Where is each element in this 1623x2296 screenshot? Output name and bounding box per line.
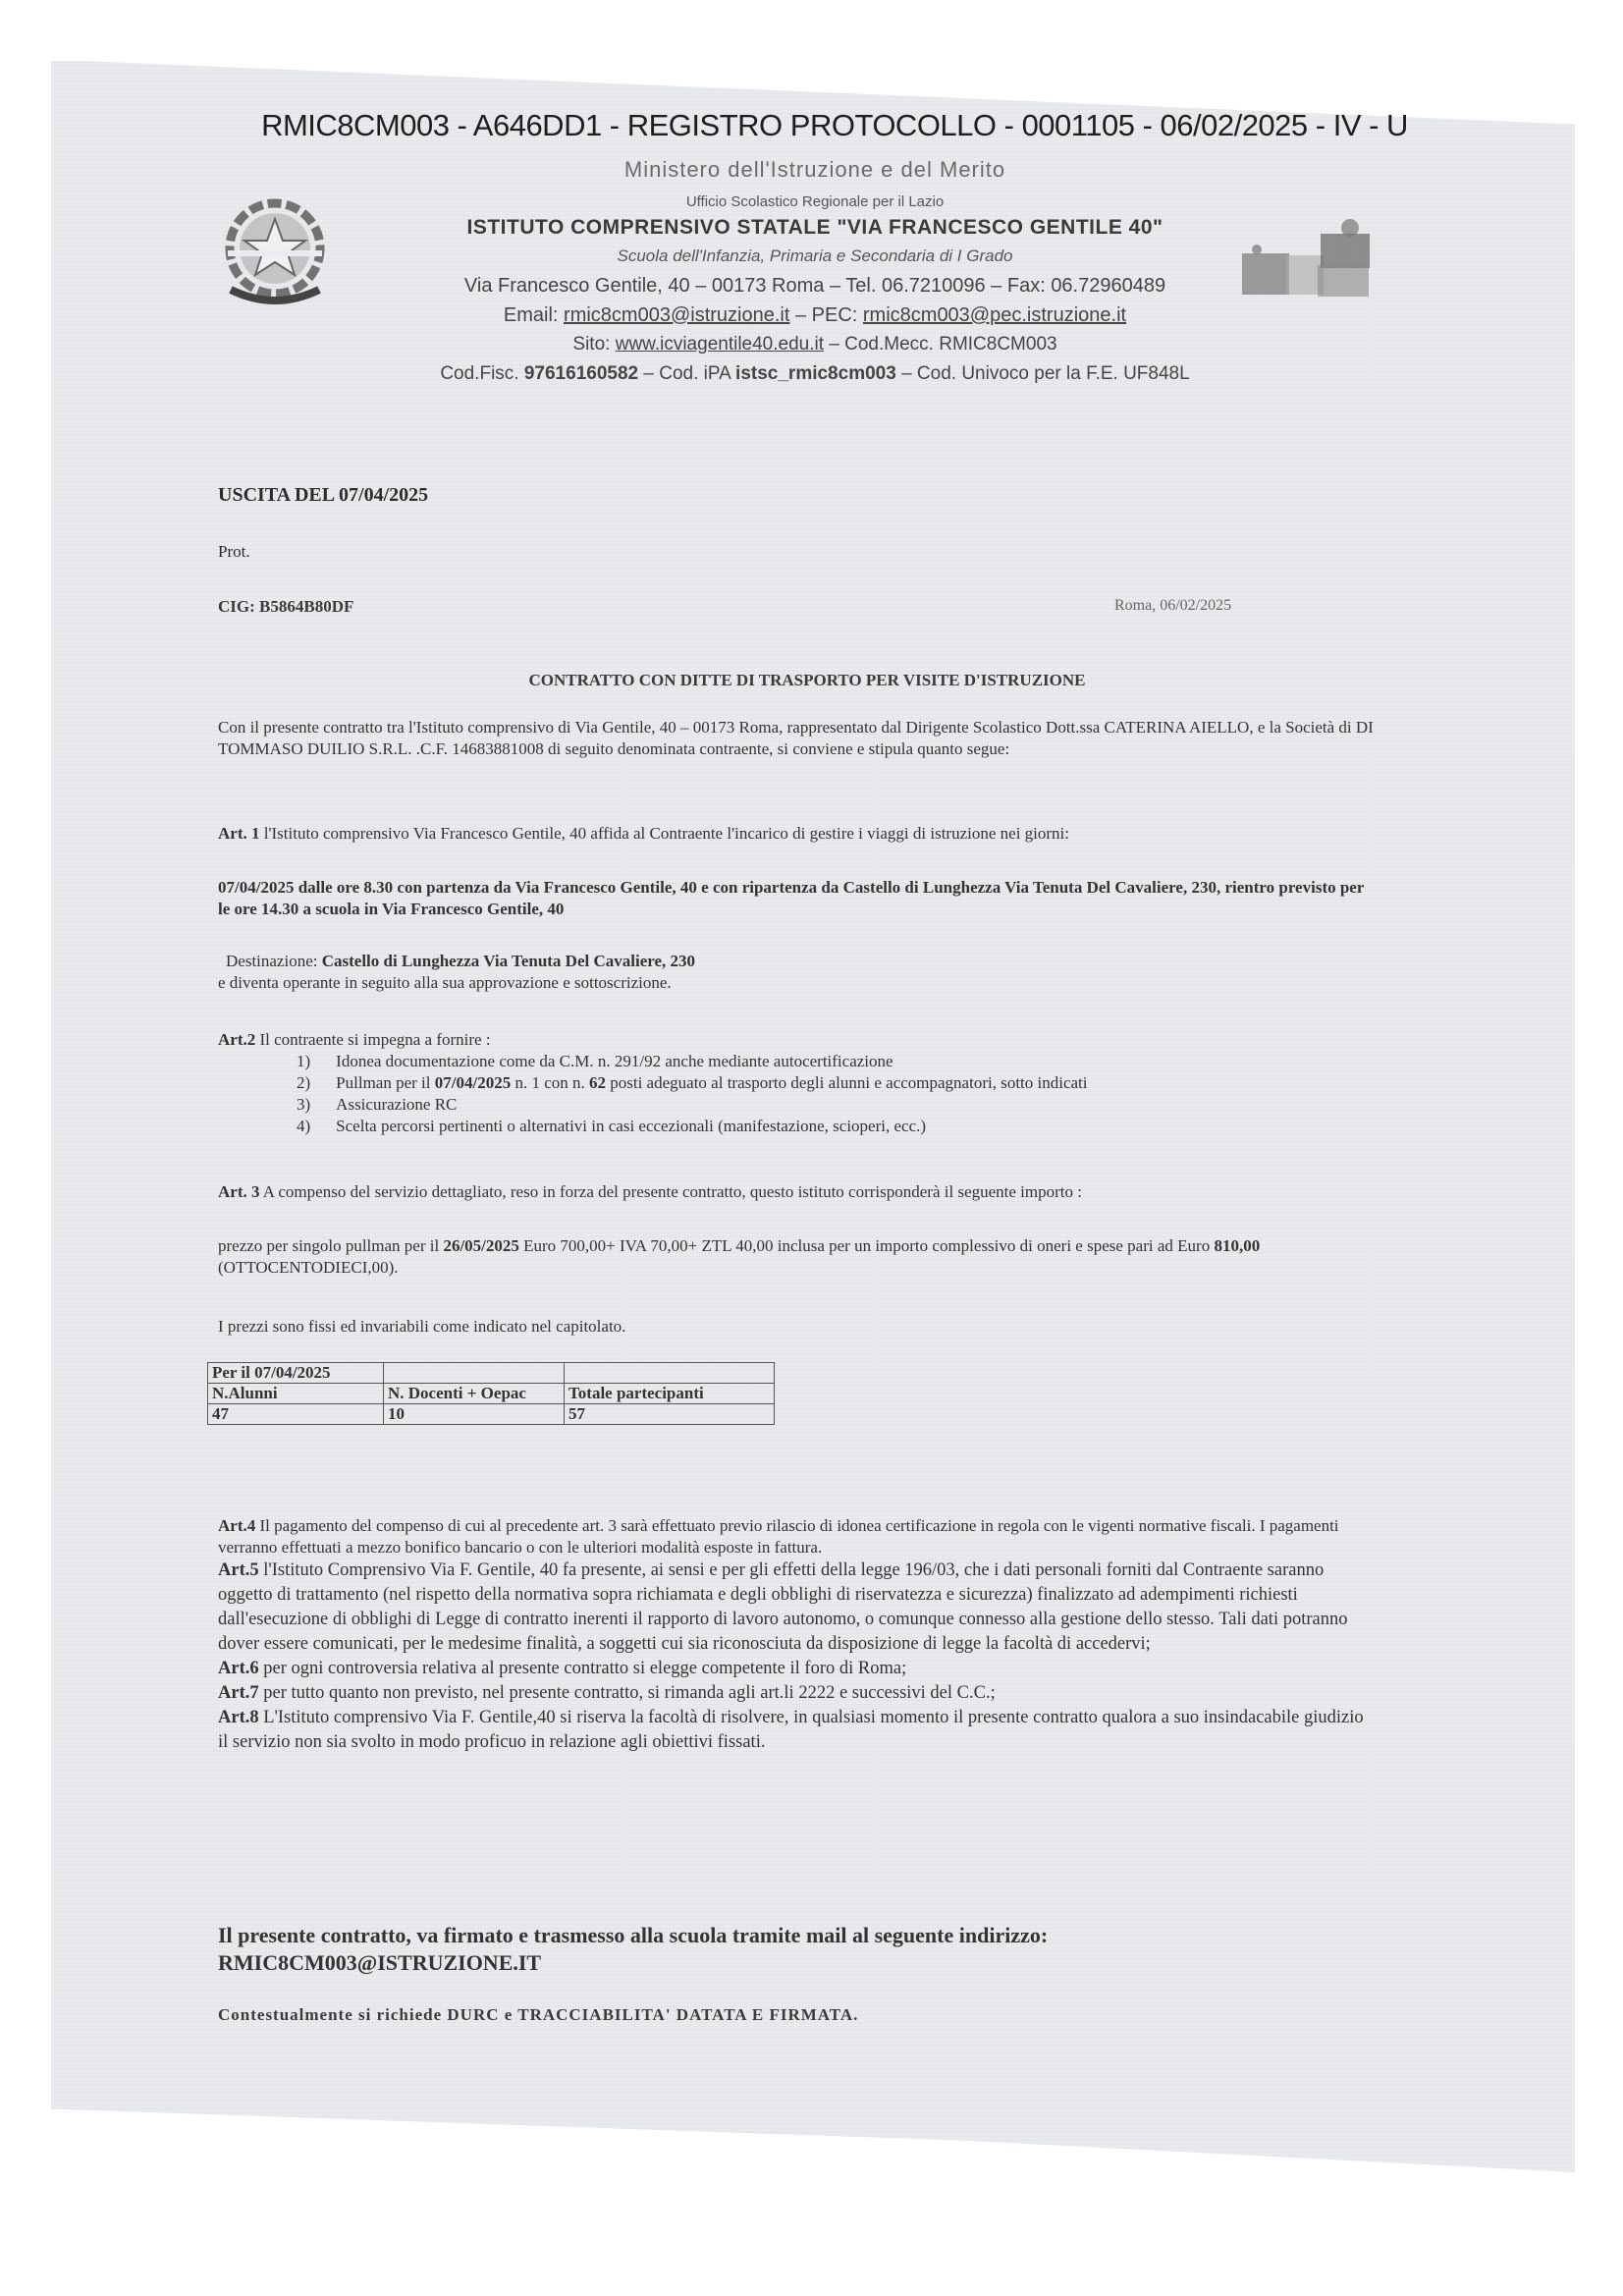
article-4: Art.4 Il pagamento del compenso di cui a… <box>218 1515 1377 1558</box>
codfisc-value: 97616160582 <box>524 363 638 384</box>
article-label: Art.7 <box>218 1683 259 1703</box>
price-text-mid: Euro 700,00+ IVA 70,00+ ZTL 40,00 inclus… <box>519 1236 1215 1255</box>
place-date: Roma, 06/02/2025 <box>1114 597 1231 615</box>
price-paragraph: prezzo per singolo pullman per il 26/05/… <box>218 1235 1377 1279</box>
article-text: l'Istituto Comprensivo Via F. Gentile, 4… <box>218 1560 1347 1654</box>
email-link[interactable]: rmic8cm003@istruzione.it <box>564 304 789 326</box>
article-7: Art.7 per tutto quanto non previsto, nel… <box>218 1681 1377 1706</box>
protocol-stamp: RMIC8CM003 - A646DD1 - REGISTRO PROTOCOL… <box>236 108 1434 143</box>
article-2: Art.2 Il contraente si impegna a fornire… <box>218 1029 1377 1137</box>
column-header-alunni: N.Alunni <box>208 1384 384 1404</box>
item-text: Scelta percorsi pertinenti o alternativi… <box>336 1116 926 1137</box>
closing-instructions: Il presente contratto, va firmato e tras… <box>218 1922 1048 1977</box>
destination-line: Destinazione: Castello di Lunghezza Via … <box>226 951 1384 972</box>
list-item: 4)Scelta percorsi pertinenti o alternati… <box>297 1116 1377 1137</box>
article-3: Art. 3 A compenso del servizio dettaglia… <box>218 1181 1377 1203</box>
school-levels: Scuola dell'Infanzia, Primaria e Seconda… <box>324 246 1306 266</box>
codfisc-label: Cod.Fisc. <box>440 363 524 384</box>
article-6: Art.6 per ogni controversia relativa al … <box>218 1657 1377 1681</box>
price-text-pre: prezzo per singolo pullman per il <box>218 1236 443 1255</box>
italian-republic-emblem-icon <box>206 191 344 314</box>
table-row: 47 10 57 <box>208 1404 775 1425</box>
fixed-prices-note: I prezzi sono fissi ed invariabili come … <box>218 1316 1377 1338</box>
table-row: Per il 07/04/2025 <box>208 1363 775 1384</box>
contact-line: Email: rmic8cm003@istruzione.it – PEC: r… <box>324 304 1306 327</box>
trip-schedule: 07/04/2025 dalle ore 8.30 con partenza d… <box>218 877 1377 920</box>
table-row: N.Alunni N. Docenti + Oepac Totale parte… <box>208 1384 775 1404</box>
regional-office: Ufficio Scolastico Regionale per il Lazi… <box>324 193 1306 210</box>
article-label: Art.8 <box>218 1708 259 1727</box>
uscita-date: USCITA DEL 07/04/2025 <box>218 484 428 507</box>
cod-mecc: – Cod.Mecc. RMIC8CM003 <box>824 334 1057 355</box>
list-item: 2)Pullman per il 07/04/2025 n. 1 con n. … <box>297 1072 1377 1094</box>
price-total: 810,00 <box>1214 1236 1260 1255</box>
price-total-words: (OTTOCENTODIECI,00). <box>218 1258 399 1277</box>
value-docenti: 10 <box>384 1404 565 1425</box>
item-text-post: posti adeguato al trasporto degli alunni… <box>606 1073 1088 1092</box>
item-number: 4) <box>297 1116 310 1137</box>
article-label: Art.5 <box>218 1560 259 1580</box>
article-text: Il pagamento del compenso di cui al prec… <box>218 1516 1339 1557</box>
site-label: Sito: <box>572 334 615 355</box>
effect-line: e diventa operante in seguito alla sua a… <box>218 972 1377 994</box>
bus-date: 07/04/2025 <box>435 1073 511 1092</box>
articles-4-8: Art.4 Il pagamento del compenso di cui a… <box>218 1515 1377 1755</box>
pec-label: – PEC: <box>789 304 862 326</box>
durc-request-note: Contestualmente si richiede DURC e TRACC… <box>218 2005 858 2025</box>
ministry-name: Ministero dell'Istruzione e del Merito <box>324 157 1306 183</box>
article-text: A compenso del servizio dettagliato, res… <box>259 1182 1082 1201</box>
site-link[interactable]: www.icviagentile40.edu.it <box>616 334 824 355</box>
pec-link[interactable]: rmic8cm003@pec.istruzione.it <box>863 304 1126 326</box>
supply-list: 1)Idonea documentazione come da C.M. n. … <box>218 1051 1377 1137</box>
item-number: 3) <box>297 1094 310 1116</box>
item-text-mid: n. 1 con n. <box>511 1073 589 1092</box>
column-header-totale: Totale partecipanti <box>565 1384 775 1404</box>
institute-address: Via Francesco Gentile, 40 – 00173 Roma –… <box>324 275 1306 298</box>
table-cell-empty <box>565 1363 775 1384</box>
destination-label: Destinazione: <box>226 952 322 970</box>
destination-value: Castello di Lunghezza Via Tenuta Del Cav… <box>322 952 695 970</box>
article-label: Art.2 <box>218 1030 255 1049</box>
article-1: Art. 1 l'Istituto comprensivo Via France… <box>218 823 1377 845</box>
article-8: Art.8 L'Istituto comprensivo Via F. Gent… <box>218 1706 1377 1755</box>
article-text: L'Istituto comprensivo Via F. Gentile,40… <box>218 1708 1364 1752</box>
protocol-label: Prot. <box>218 542 250 562</box>
contract-title: CONTRATTO CON DITTE DI TRASPORTO PER VIS… <box>218 671 1396 690</box>
univoco-code: – Cod. Univoco per la F.E. UF848L <box>896 363 1190 384</box>
ipa-value: istsc_rmic8cm003 <box>735 363 896 384</box>
table-cell-date: Per il 07/04/2025 <box>208 1363 384 1384</box>
article-label: Art. 3 <box>218 1182 259 1201</box>
seat-count: 62 <box>589 1073 606 1092</box>
value-totale: 57 <box>565 1404 775 1425</box>
closing-email[interactable]: RMIC8CM003@ISTRUZIONE.IT <box>218 1949 1048 1977</box>
item-number: 2) <box>297 1072 310 1094</box>
price-date: 26/05/2025 <box>443 1236 518 1255</box>
article-text: per tutto quanto non previsto, nel prese… <box>259 1683 996 1703</box>
table-cell-empty <box>384 1363 565 1384</box>
cig-code: CIG: B5864B80DF <box>218 597 353 617</box>
value-alunni: 47 <box>208 1404 384 1425</box>
article-text: l'Istituto comprensivo Via Francesco Gen… <box>259 824 1069 843</box>
item-text: Idonea documentazione come da C.M. n. 29… <box>336 1051 893 1072</box>
participants-table: Per il 07/04/2025 N.Alunni N. Docenti + … <box>207 1362 775 1425</box>
ipa-label: – Cod. iPA <box>638 363 735 384</box>
intro-paragraph: Con il presente contratto tra l'Istituto… <box>218 717 1377 760</box>
email-label: Email: <box>504 304 564 326</box>
item-number: 1) <box>297 1051 310 1072</box>
closing-line: Il presente contratto, va firmato e tras… <box>218 1922 1048 1949</box>
article-label: Art. 1 <box>218 824 259 843</box>
institute-name: ISTITUTO COMPRENSIVO STATALE "VIA FRANCE… <box>324 216 1306 240</box>
article-label: Art.4 <box>218 1516 255 1535</box>
article-label: Art.6 <box>218 1659 259 1678</box>
article-text: per ogni controversia relativa al presen… <box>259 1659 907 1678</box>
column-header-docenti: N. Docenti + Oepac <box>384 1384 565 1404</box>
item-text-pre: Pullman per il <box>336 1073 435 1092</box>
list-item: 1)Idonea documentazione come da C.M. n. … <box>297 1051 1377 1072</box>
item-text: Pullman per il 07/04/2025 n. 1 con n. 62… <box>336 1072 1087 1094</box>
site-line: Sito: www.icviagentile40.edu.it – Cod.Me… <box>324 334 1306 355</box>
article-5: Art.5 l'Istituto Comprensivo Via F. Gent… <box>218 1558 1377 1657</box>
fiscal-codes-line: Cod.Fisc. 97616160582 – Cod. iPA istsc_r… <box>324 363 1306 385</box>
article-text: Il contraente si impegna a fornire : <box>255 1030 490 1049</box>
item-text: Assicurazione RC <box>336 1094 457 1116</box>
list-item: 3)Assicurazione RC <box>297 1094 1377 1116</box>
